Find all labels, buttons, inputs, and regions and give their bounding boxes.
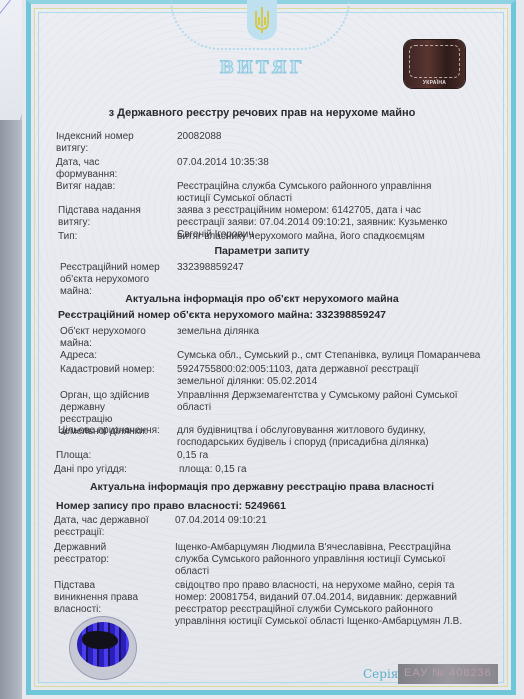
field-label: Дата, час державної реєстрації: xyxy=(54,515,149,539)
field-label: Тип: xyxy=(58,231,176,243)
field-value: 20082088 xyxy=(177,131,497,143)
section-title-query: Параметри запиту xyxy=(0,245,524,257)
field-value: Управління Держземагентства у Сумському … xyxy=(177,390,462,414)
field-label: Державний реєстратор: xyxy=(54,542,134,566)
hologram-label: УКРАЇНА xyxy=(404,80,465,86)
field-label: Підстава надання витягу: xyxy=(58,205,158,229)
field-label: Індексний номер витягу: xyxy=(56,131,156,155)
page-edge-shadow xyxy=(0,120,22,699)
section-title-ownership: Актуальна інформація про державну реєстр… xyxy=(0,481,524,493)
field-value: Сумська обл., Сумський р., смт Степанівк… xyxy=(177,350,497,362)
field-label: Підстава виникнення права власності: xyxy=(54,580,149,616)
hologram-seal-icon xyxy=(70,617,136,679)
ukraine-map-icon xyxy=(82,631,118,649)
field-label: Дані про угіддя: xyxy=(54,464,172,476)
field-value: свідоцтво про право власності, на нерухо… xyxy=(175,580,465,628)
ownership-record-number: Номер запису про право власності: 524966… xyxy=(56,500,286,512)
section-title-object: Актуальна інформація про об'єкт нерухомо… xyxy=(0,293,524,305)
series-label: Серія xyxy=(363,667,398,681)
object-registration-number: Реєстраційний номер об'єкта нерухомого м… xyxy=(58,309,386,321)
field-label: Витяг надав: xyxy=(56,181,174,193)
field-label: Об'єкт нерухомого майна: xyxy=(60,326,150,350)
field-label: Адреса: xyxy=(60,350,178,362)
field-value: площа: 0,15 га xyxy=(179,464,499,476)
trident-emblem-icon xyxy=(247,0,277,40)
field-value: для будівництва і обслуговування житлово… xyxy=(177,425,437,449)
field-value: 07.04.2014 09:10:21 xyxy=(175,515,495,527)
field-label: Дата, час формування: xyxy=(56,157,136,181)
field-label: Площа: xyxy=(56,450,174,462)
field-value: Іщенко-Амбарцумян Людмила В'ячеславівна,… xyxy=(175,542,460,578)
hologram-sticker: УКРАЇНА xyxy=(404,40,465,88)
field-value: 0,15 га xyxy=(177,450,497,462)
field-value: витяг власнику нерухомого майна, його сп… xyxy=(177,231,497,243)
field-value: 5924755800:02:005:1103, дата державної р… xyxy=(177,364,462,388)
field-value: Реєстраційна служба Сумського районного … xyxy=(177,181,467,205)
field-label: Кадастровий номер: xyxy=(60,364,178,376)
field-value: земельна ділянка xyxy=(177,326,497,338)
series-number: ЕАУ № 408236 xyxy=(398,664,498,684)
hologram-border xyxy=(409,45,460,78)
document-subtitle: з Державного реєстру речових прав на нер… xyxy=(0,107,524,119)
field-label: Цільове призначення: xyxy=(58,425,176,437)
field-value: 07.04.2014 10:35:38 xyxy=(177,157,497,169)
field-value: 332398859247 xyxy=(177,262,497,274)
